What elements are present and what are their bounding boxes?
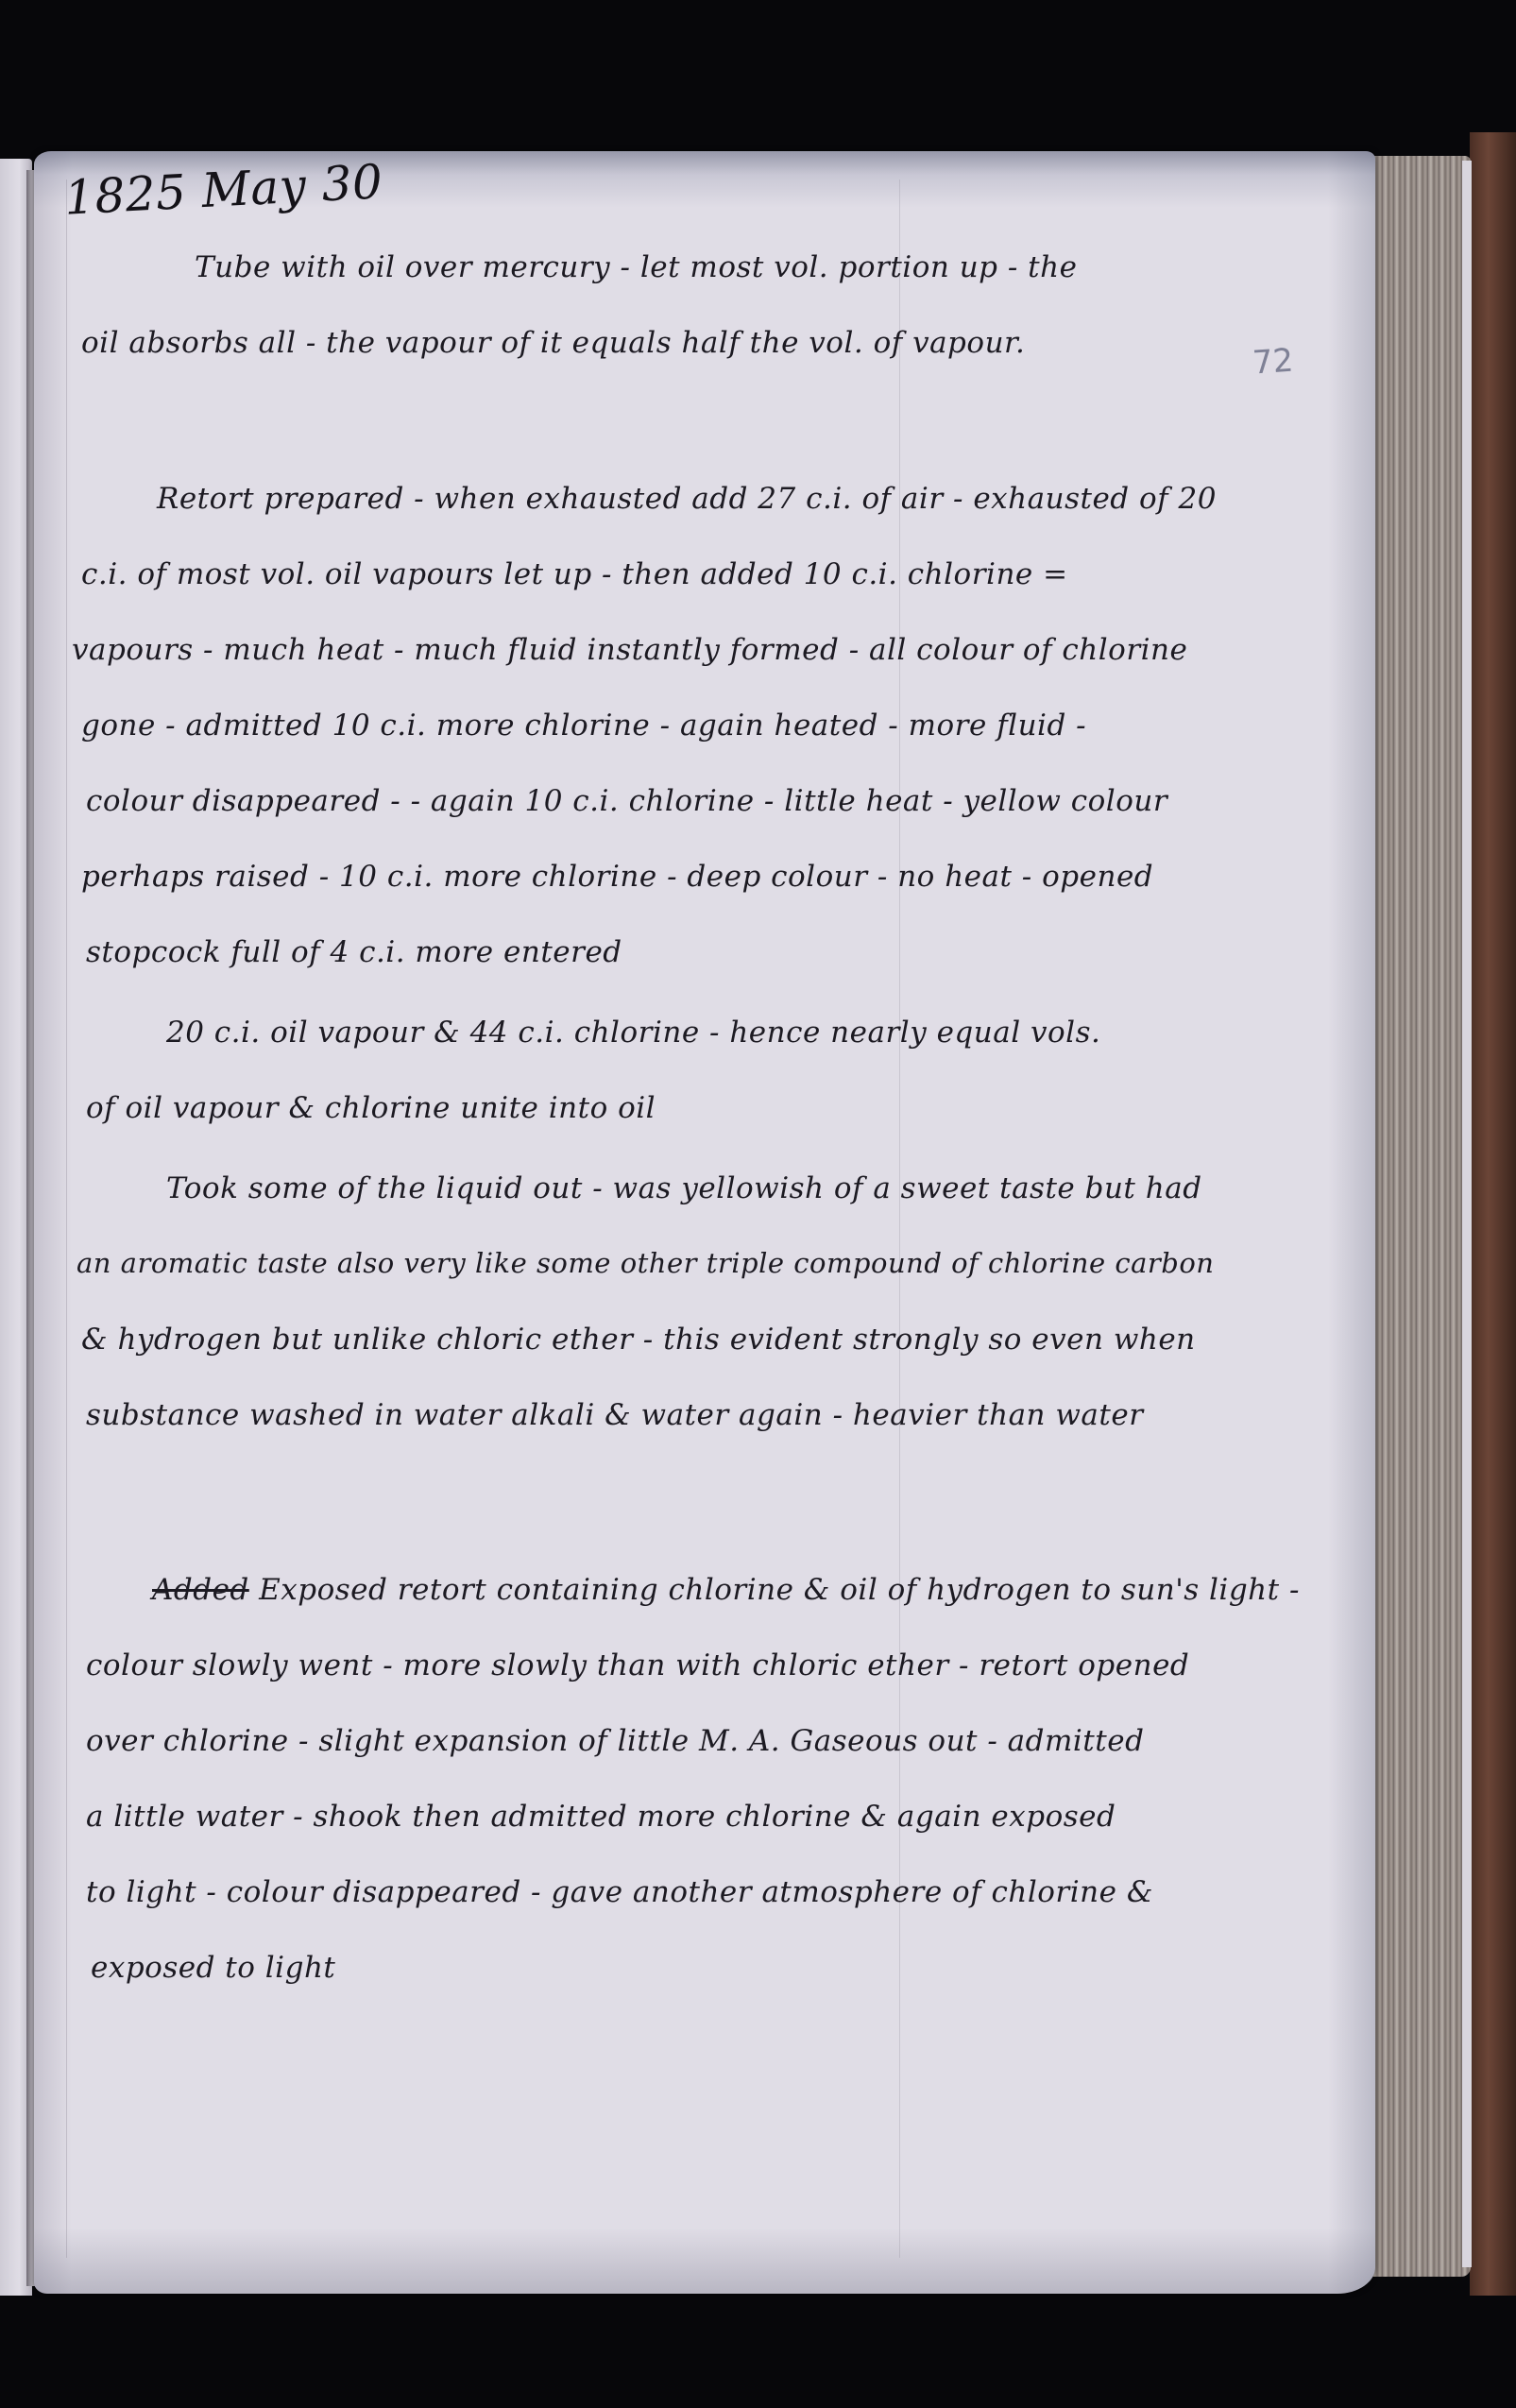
entry-line: gone - admitted 10 c.i. more chlorine - …: [81, 709, 1086, 743]
struck-word: Added: [152, 1573, 249, 1607]
page-stack-last-leaf: [1462, 161, 1472, 2267]
entry-line: over chlorine - slight expansion of litt…: [86, 1724, 1144, 1758]
entry-line: perhaps raised - 10 c.i. more chlorine -…: [81, 860, 1153, 894]
entry-line: Retort prepared - when exhausted add 27 …: [157, 482, 1217, 516]
entry-line-text: oil absorbs all - the vapour of it equal…: [81, 326, 1025, 360]
entry-line: a little water - shook then admitted mor…: [86, 1800, 1116, 1834]
page-number: 72: [1252, 342, 1295, 383]
entry-line: oil absorbs all - the vapour of it equal…: [81, 326, 1025, 360]
entry-line: vapours - much heat - much fluid instant…: [72, 633, 1187, 667]
notebook-page: 72 1825 May 30 Tube with oil over mercur…: [34, 151, 1375, 2294]
date-heading: 1825 May 30: [63, 154, 384, 226]
entry-line: 20 c.i. oil vapour & 44 c.i. chlorine - …: [166, 1016, 1100, 1050]
entry-line-text: Exposed retort containing chlorine & oil…: [259, 1573, 1300, 1607]
entry-line: substance washed in water alkali & water…: [86, 1398, 1144, 1432]
entry-line: Took some of the liquid out - was yellow…: [166, 1171, 1202, 1205]
entry-line: & hydrogen but unlike chloric ether - th…: [81, 1323, 1196, 1357]
entry-line: c.i. of most vol. oil vapours let up - t…: [81, 557, 1068, 591]
entry-line: stopcock full of 4 c.i. more entered: [86, 935, 622, 969]
entry-line: colour disappeared - - again 10 c.i. chl…: [86, 784, 1167, 818]
entry-line: an aromatic taste also very like some ot…: [77, 1247, 1214, 1279]
entry-line: exposed to light: [91, 1951, 335, 1985]
entry-line: Tube with oil over mercury - let most vo…: [195, 250, 1077, 284]
page-stack-fore-edge: [1371, 156, 1471, 2277]
margin-rule: [66, 179, 67, 2258]
entry-line: colour slowly went - more slowly than wi…: [86, 1648, 1189, 1682]
book-cover-edge: [1470, 132, 1516, 2296]
entry-line: Added Exposed retort containing chlorine…: [152, 1573, 1300, 1607]
entry-line: to light - colour disappeared - gave ano…: [86, 1875, 1153, 1909]
entry-line: of oil vapour & chlorine unite into oil: [86, 1091, 656, 1125]
